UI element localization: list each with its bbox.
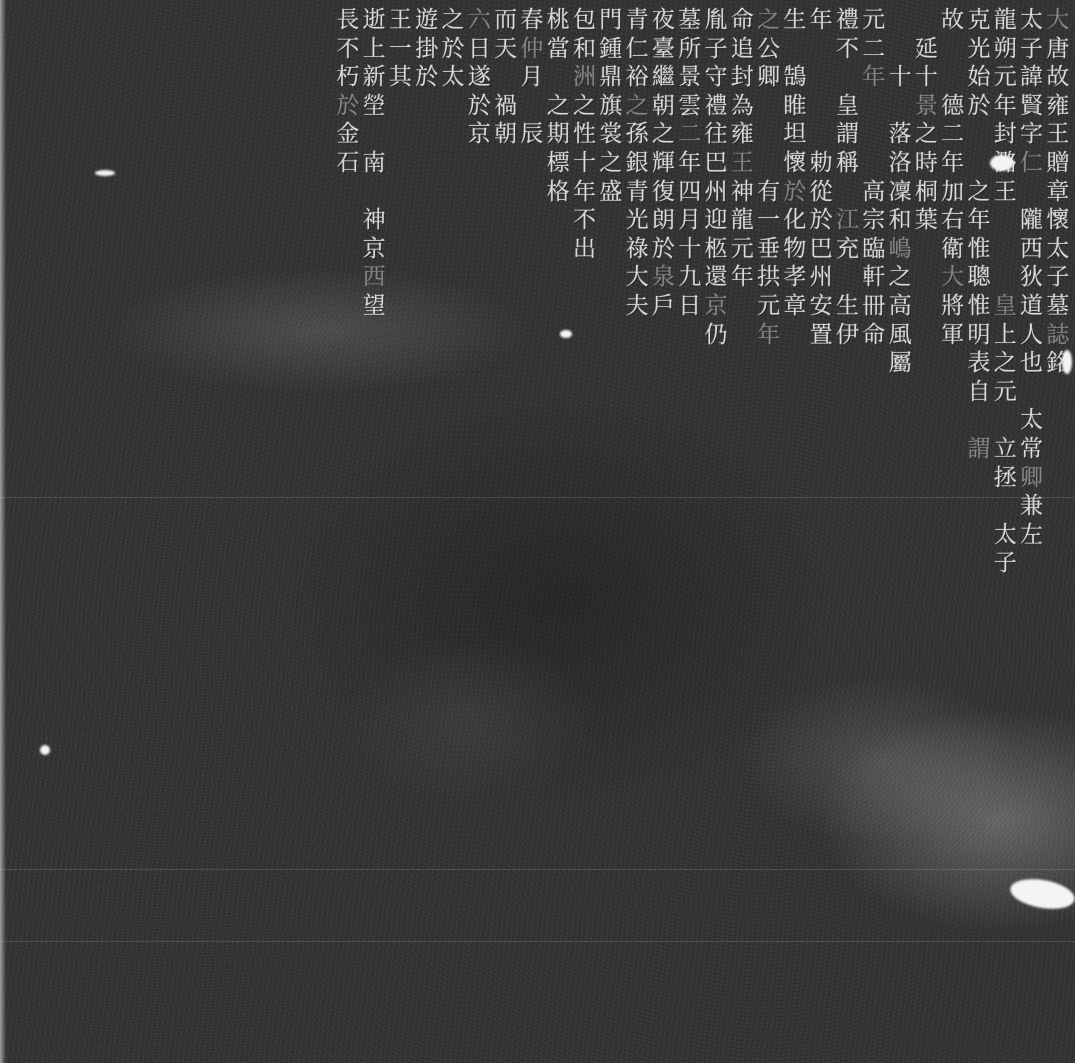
inscribed-character bbox=[284, 578, 307, 607]
inscribed-character bbox=[889, 435, 912, 464]
inscribed-character bbox=[941, 749, 964, 778]
inscribed-character bbox=[363, 778, 386, 807]
inscribed-character: 高 bbox=[889, 292, 912, 321]
inscribed-character: 禮 bbox=[836, 6, 859, 35]
inscribed-character bbox=[494, 606, 517, 635]
inscribed-character: 往 bbox=[704, 120, 727, 149]
inscribed-character bbox=[810, 578, 833, 607]
inscribed-character bbox=[941, 63, 964, 92]
inscribed-character: 當 bbox=[547, 35, 570, 64]
inscribed-character bbox=[389, 435, 412, 464]
inscribed-character bbox=[836, 521, 859, 550]
inscribed-character: 生 bbox=[836, 292, 859, 321]
inscribed-character bbox=[757, 892, 780, 921]
inscribed-character bbox=[678, 635, 701, 664]
inscribed-character bbox=[652, 978, 675, 1007]
inscribed-character bbox=[547, 635, 570, 664]
inscribed-character bbox=[731, 664, 754, 693]
inscribed-character bbox=[599, 492, 622, 521]
inscribed-character bbox=[967, 950, 990, 979]
inscribed-character bbox=[205, 92, 228, 121]
inscribed-character bbox=[284, 521, 307, 550]
inscribed-character: 和 bbox=[573, 35, 596, 64]
inscribed-character: 神 bbox=[363, 206, 386, 235]
inscribed-character bbox=[678, 549, 701, 578]
inscribed-character: 之 bbox=[915, 120, 938, 149]
inscribed-character: 大 bbox=[1046, 6, 1069, 35]
inscribed-character bbox=[941, 778, 964, 807]
inscribed-character bbox=[547, 406, 570, 435]
inscribed-character bbox=[494, 464, 517, 493]
inscribed-character bbox=[363, 606, 386, 635]
inscribed-character bbox=[336, 378, 359, 407]
inscribed-character bbox=[547, 1007, 570, 1036]
inscribed-character bbox=[678, 606, 701, 635]
inscribed-character bbox=[73, 492, 96, 521]
inscribed-character bbox=[21, 149, 44, 178]
inscribed-character bbox=[179, 349, 202, 378]
inscribed-character bbox=[336, 1007, 359, 1036]
inscribed-character bbox=[336, 492, 359, 521]
inscribed-character bbox=[810, 864, 833, 893]
inscribed-character bbox=[915, 235, 938, 264]
inscribed-character bbox=[810, 464, 833, 493]
inscribed-character: 十 bbox=[573, 149, 596, 178]
inscribed-character bbox=[415, 835, 438, 864]
inscribed-character bbox=[731, 492, 754, 521]
inscribed-character bbox=[21, 321, 44, 350]
inscribed-character bbox=[599, 321, 622, 350]
inscribed-character bbox=[257, 721, 280, 750]
inscribed-character bbox=[284, 178, 307, 207]
inscribed-character bbox=[442, 464, 465, 493]
inscribed-character bbox=[862, 835, 885, 864]
inscribed-character bbox=[731, 835, 754, 864]
inscribed-character bbox=[941, 1007, 964, 1036]
inscribed-character bbox=[100, 749, 123, 778]
inscribed-character bbox=[573, 664, 596, 693]
inscribed-character bbox=[126, 749, 149, 778]
inscribed-character bbox=[573, 406, 596, 435]
inscribed-character bbox=[205, 778, 228, 807]
inscribed-character bbox=[1046, 549, 1069, 578]
inscribed-character bbox=[1020, 749, 1043, 778]
inscribed-character: 夫 bbox=[626, 292, 649, 321]
inscribed-character bbox=[1046, 521, 1069, 550]
inscribed-character: 軍 bbox=[941, 321, 964, 350]
inscribed-character bbox=[862, 864, 885, 893]
inscribed-character bbox=[126, 606, 149, 635]
inscribed-character bbox=[336, 349, 359, 378]
inscribed-character bbox=[21, 406, 44, 435]
inscription-column bbox=[151, 0, 177, 1063]
inscription-column: 克光始於 之年惟聰惟明表自 謂 bbox=[966, 0, 992, 1063]
inscribed-character bbox=[810, 950, 833, 979]
inscribed-character bbox=[47, 178, 70, 207]
inscribed-character bbox=[731, 406, 754, 435]
inscribed-character bbox=[231, 120, 254, 149]
inscribed-character bbox=[47, 35, 70, 64]
inscribed-character bbox=[652, 1007, 675, 1036]
inscribed-character bbox=[731, 521, 754, 550]
inscription-column bbox=[230, 0, 256, 1063]
inscribed-character bbox=[73, 464, 96, 493]
inscribed-character bbox=[284, 149, 307, 178]
inscribed-character bbox=[494, 692, 517, 721]
inscribed-character bbox=[310, 263, 333, 292]
inscribed-character bbox=[915, 321, 938, 350]
inscribed-character bbox=[520, 692, 543, 721]
inscribed-character bbox=[152, 235, 175, 264]
inscribed-character bbox=[73, 549, 96, 578]
inscribed-character bbox=[836, 406, 859, 435]
inscribed-character bbox=[1046, 921, 1069, 950]
inscribed-character bbox=[310, 292, 333, 321]
inscribed-character bbox=[862, 464, 885, 493]
inscribed-character bbox=[889, 92, 912, 121]
inscribed-character: 裳 bbox=[599, 120, 622, 149]
inscribed-character bbox=[468, 321, 491, 350]
inscribed-character: 之 bbox=[889, 263, 912, 292]
inscribed-character bbox=[389, 235, 412, 264]
inscribed-character bbox=[179, 35, 202, 64]
inscribed-character bbox=[547, 235, 570, 264]
inscribed-character bbox=[257, 63, 280, 92]
inscribed-character bbox=[468, 778, 491, 807]
inscribed-character bbox=[152, 206, 175, 235]
inscribed-character bbox=[126, 978, 149, 1007]
inscribed-character bbox=[889, 664, 912, 693]
inscribed-character bbox=[994, 606, 1017, 635]
inscribed-character bbox=[205, 635, 228, 664]
inscribed-character bbox=[231, 235, 254, 264]
inscribed-character bbox=[205, 492, 228, 521]
inscribed-character: 復 bbox=[652, 178, 675, 207]
inscribed-character bbox=[363, 1035, 386, 1063]
inscribed-character bbox=[442, 921, 465, 950]
inscribed-character bbox=[47, 92, 70, 121]
inscribed-character: 聰 bbox=[967, 263, 990, 292]
inscribed-character bbox=[205, 292, 228, 321]
inscribed-character bbox=[21, 92, 44, 121]
inscribed-character bbox=[494, 406, 517, 435]
inscribed-character bbox=[100, 864, 123, 893]
inscribed-character: 月 bbox=[678, 206, 701, 235]
inscribed-character: 不 bbox=[336, 35, 359, 64]
inscribed-character bbox=[100, 378, 123, 407]
inscribed-character bbox=[599, 835, 622, 864]
inscribed-character bbox=[810, 35, 833, 64]
inscribed-character bbox=[257, 235, 280, 264]
inscribed-character bbox=[126, 206, 149, 235]
inscribed-character bbox=[520, 606, 543, 635]
inscribed-character: 大 bbox=[626, 263, 649, 292]
inscribed-character bbox=[21, 950, 44, 979]
inscribed-character bbox=[310, 92, 333, 121]
inscribed-character bbox=[389, 292, 412, 321]
inscribed-character bbox=[47, 492, 70, 521]
inscribed-character bbox=[363, 349, 386, 378]
inscribed-character bbox=[994, 692, 1017, 721]
inscribed-character bbox=[73, 635, 96, 664]
inscribed-character: 充 bbox=[836, 235, 859, 264]
inscribed-character bbox=[468, 835, 491, 864]
inscribed-character bbox=[1046, 664, 1069, 693]
inscribed-character: 屬 bbox=[889, 349, 912, 378]
inscribed-character bbox=[704, 807, 727, 836]
inscribed-character bbox=[626, 378, 649, 407]
inscribed-character bbox=[520, 292, 543, 321]
inscribed-character bbox=[205, 35, 228, 64]
inscribed-character: 龍 bbox=[731, 206, 754, 235]
inscribed-character bbox=[836, 835, 859, 864]
inscribed-character bbox=[967, 406, 990, 435]
inscribed-character bbox=[152, 721, 175, 750]
inscribed-character bbox=[442, 892, 465, 921]
inscribed-character bbox=[231, 63, 254, 92]
inscribed-character bbox=[126, 92, 149, 121]
inscribed-character bbox=[21, 63, 44, 92]
inscribed-character bbox=[284, 92, 307, 121]
inscribed-character bbox=[442, 492, 465, 521]
inscribed-character bbox=[389, 492, 412, 521]
inscribed-character bbox=[810, 435, 833, 464]
inscribed-character bbox=[494, 435, 517, 464]
inscribed-character bbox=[520, 149, 543, 178]
inscribed-character: 日 bbox=[678, 292, 701, 321]
inscribed-character bbox=[152, 149, 175, 178]
inscribed-character bbox=[284, 778, 307, 807]
inscribed-character bbox=[21, 263, 44, 292]
inscribed-character bbox=[599, 921, 622, 950]
inscribed-character bbox=[889, 749, 912, 778]
inscribed-character bbox=[757, 635, 780, 664]
inscribed-character bbox=[915, 6, 938, 35]
inscribed-character bbox=[389, 978, 412, 1007]
inscribed-character bbox=[652, 835, 675, 864]
inscribed-character bbox=[310, 778, 333, 807]
inscribed-character bbox=[126, 950, 149, 979]
inscribed-character bbox=[494, 978, 517, 1007]
inscribed-character bbox=[678, 892, 701, 921]
inscribed-character bbox=[678, 492, 701, 521]
inscribed-character bbox=[573, 378, 596, 407]
inscribed-character bbox=[100, 435, 123, 464]
inscribed-character bbox=[1020, 606, 1043, 635]
inscribed-character bbox=[389, 892, 412, 921]
inscribed-character bbox=[231, 606, 254, 635]
inscribed-character bbox=[678, 321, 701, 350]
inscribed-character bbox=[231, 92, 254, 121]
inscribed-character bbox=[731, 606, 754, 635]
inscribed-character: 年 bbox=[862, 63, 885, 92]
inscribed-character bbox=[415, 578, 438, 607]
inscribed-character bbox=[836, 178, 859, 207]
inscribed-character bbox=[257, 406, 280, 435]
inscribed-character bbox=[310, 178, 333, 207]
inscribed-character bbox=[967, 864, 990, 893]
inscribed-character bbox=[678, 978, 701, 1007]
inscribed-character bbox=[967, 892, 990, 921]
inscribed-character bbox=[152, 578, 175, 607]
inscribed-character bbox=[363, 721, 386, 750]
inscribed-character bbox=[836, 378, 859, 407]
inscribed-character bbox=[47, 321, 70, 350]
inscribed-character: 之 bbox=[967, 178, 990, 207]
inscribed-character bbox=[1046, 950, 1069, 979]
inscribed-character bbox=[284, 950, 307, 979]
inscribed-character bbox=[915, 864, 938, 893]
inscribed-character bbox=[179, 664, 202, 693]
inscribed-character bbox=[494, 178, 517, 207]
inscribed-character bbox=[389, 921, 412, 950]
inscribed-character bbox=[810, 835, 833, 864]
inscribed-character: 年 bbox=[967, 206, 990, 235]
inscribed-character bbox=[915, 778, 938, 807]
inscribed-character bbox=[599, 263, 622, 292]
inscribed-character bbox=[652, 492, 675, 521]
inscribed-character bbox=[757, 149, 780, 178]
inscribed-character: 年 bbox=[731, 263, 754, 292]
inscribed-character bbox=[179, 778, 202, 807]
inscribed-character bbox=[967, 978, 990, 1007]
inscribed-character bbox=[520, 835, 543, 864]
inscribed-character bbox=[547, 263, 570, 292]
inscribed-character bbox=[967, 807, 990, 836]
inscribed-character bbox=[310, 206, 333, 235]
inscribed-character bbox=[520, 349, 543, 378]
inscribed-character bbox=[310, 521, 333, 550]
inscribed-character bbox=[468, 292, 491, 321]
inscribed-character bbox=[21, 807, 44, 836]
inscribed-character bbox=[1020, 692, 1043, 721]
inscribed-character bbox=[573, 321, 596, 350]
inscribed-character bbox=[389, 321, 412, 350]
inscribed-character bbox=[257, 1007, 280, 1036]
inscribed-character bbox=[257, 349, 280, 378]
inscribed-character bbox=[494, 321, 517, 350]
inscribed-character bbox=[363, 1007, 386, 1036]
inscribed-character bbox=[442, 120, 465, 149]
inscribed-character bbox=[704, 721, 727, 750]
inscribed-character bbox=[599, 778, 622, 807]
inscribed-character bbox=[442, 1035, 465, 1063]
inscribed-character bbox=[73, 378, 96, 407]
inscription-column: 元二年 高宗臨軒冊命 bbox=[861, 0, 887, 1063]
inscribed-character bbox=[126, 292, 149, 321]
inscribed-character bbox=[257, 749, 280, 778]
inscribed-character bbox=[915, 292, 938, 321]
inscribed-character bbox=[126, 692, 149, 721]
inscribed-character: 柩 bbox=[704, 235, 727, 264]
inscription-column: 而天 禍朝 bbox=[492, 0, 518, 1063]
inscribed-character bbox=[836, 721, 859, 750]
inscribed-character: 朝 bbox=[652, 92, 675, 121]
inscribed-character bbox=[152, 435, 175, 464]
inscribed-character bbox=[520, 635, 543, 664]
inscribed-character: 巴 bbox=[704, 149, 727, 178]
inscribed-character bbox=[783, 549, 806, 578]
inscribed-character bbox=[336, 321, 359, 350]
inscribed-character bbox=[520, 378, 543, 407]
inscribed-character bbox=[47, 578, 70, 607]
inscribed-character bbox=[126, 464, 149, 493]
inscribed-character bbox=[862, 778, 885, 807]
inscribed-character bbox=[599, 578, 622, 607]
inscribed-character bbox=[389, 664, 412, 693]
inscribed-character: 道 bbox=[1020, 292, 1043, 321]
inscribed-character bbox=[179, 92, 202, 121]
inscription-column: 年 勅從於巴州安置 bbox=[808, 0, 834, 1063]
inscribed-character bbox=[836, 807, 859, 836]
inscribed-character bbox=[967, 1035, 990, 1063]
inscribed-character: 龍 bbox=[994, 6, 1017, 35]
inscribed-character bbox=[626, 978, 649, 1007]
inscribed-character bbox=[994, 978, 1017, 1007]
inscribed-character bbox=[547, 464, 570, 493]
inscribed-character bbox=[547, 921, 570, 950]
inscribed-character bbox=[47, 235, 70, 264]
inscribed-character bbox=[810, 349, 833, 378]
inscribed-character bbox=[1020, 721, 1043, 750]
inscribed-character bbox=[100, 721, 123, 750]
inscribed-character: 子 bbox=[704, 35, 727, 64]
inscribed-character bbox=[179, 549, 202, 578]
inscribed-character: 長 bbox=[336, 6, 359, 35]
inscribed-character bbox=[520, 464, 543, 493]
inscribed-character bbox=[179, 721, 202, 750]
inscribed-character bbox=[520, 892, 543, 921]
inscribed-character: 皇 bbox=[994, 292, 1017, 321]
inscribed-character bbox=[231, 664, 254, 693]
inscribed-character bbox=[415, 435, 438, 464]
inscribed-character: 光 bbox=[626, 206, 649, 235]
inscription-column: 之公卿 有一垂拱元年 bbox=[755, 0, 781, 1063]
inscribed-character bbox=[652, 578, 675, 607]
inscribed-character bbox=[573, 435, 596, 464]
inscribed-character bbox=[21, 749, 44, 778]
inscribed-character: 州 bbox=[810, 263, 833, 292]
inscribed-character bbox=[757, 692, 780, 721]
inscribed-character bbox=[494, 63, 517, 92]
inscribed-character: 太 bbox=[994, 521, 1017, 550]
inscribed-character bbox=[547, 606, 570, 635]
inscribed-character bbox=[836, 464, 859, 493]
inscribed-character bbox=[205, 263, 228, 292]
inscribed-character bbox=[757, 349, 780, 378]
inscribed-character bbox=[152, 378, 175, 407]
inscribed-character bbox=[336, 206, 359, 235]
inscribed-character bbox=[626, 692, 649, 721]
inscribed-character bbox=[704, 892, 727, 921]
inscribed-character: 兼 bbox=[1020, 492, 1043, 521]
inscribed-character bbox=[573, 464, 596, 493]
inscribed-character bbox=[757, 406, 780, 435]
inscribed-character bbox=[21, 6, 44, 35]
inscribed-character bbox=[363, 892, 386, 921]
inscribed-character bbox=[73, 950, 96, 979]
inscribed-character bbox=[100, 263, 123, 292]
inscribed-character bbox=[336, 978, 359, 1007]
inscribed-character bbox=[310, 978, 333, 1007]
inscribed-character: 逝 bbox=[363, 6, 386, 35]
inscribed-character: 二 bbox=[941, 120, 964, 149]
inscribed-character bbox=[257, 807, 280, 836]
inscribed-character: 太 bbox=[442, 63, 465, 92]
inscribed-character bbox=[626, 406, 649, 435]
inscribed-character bbox=[21, 292, 44, 321]
inscribed-character bbox=[836, 692, 859, 721]
